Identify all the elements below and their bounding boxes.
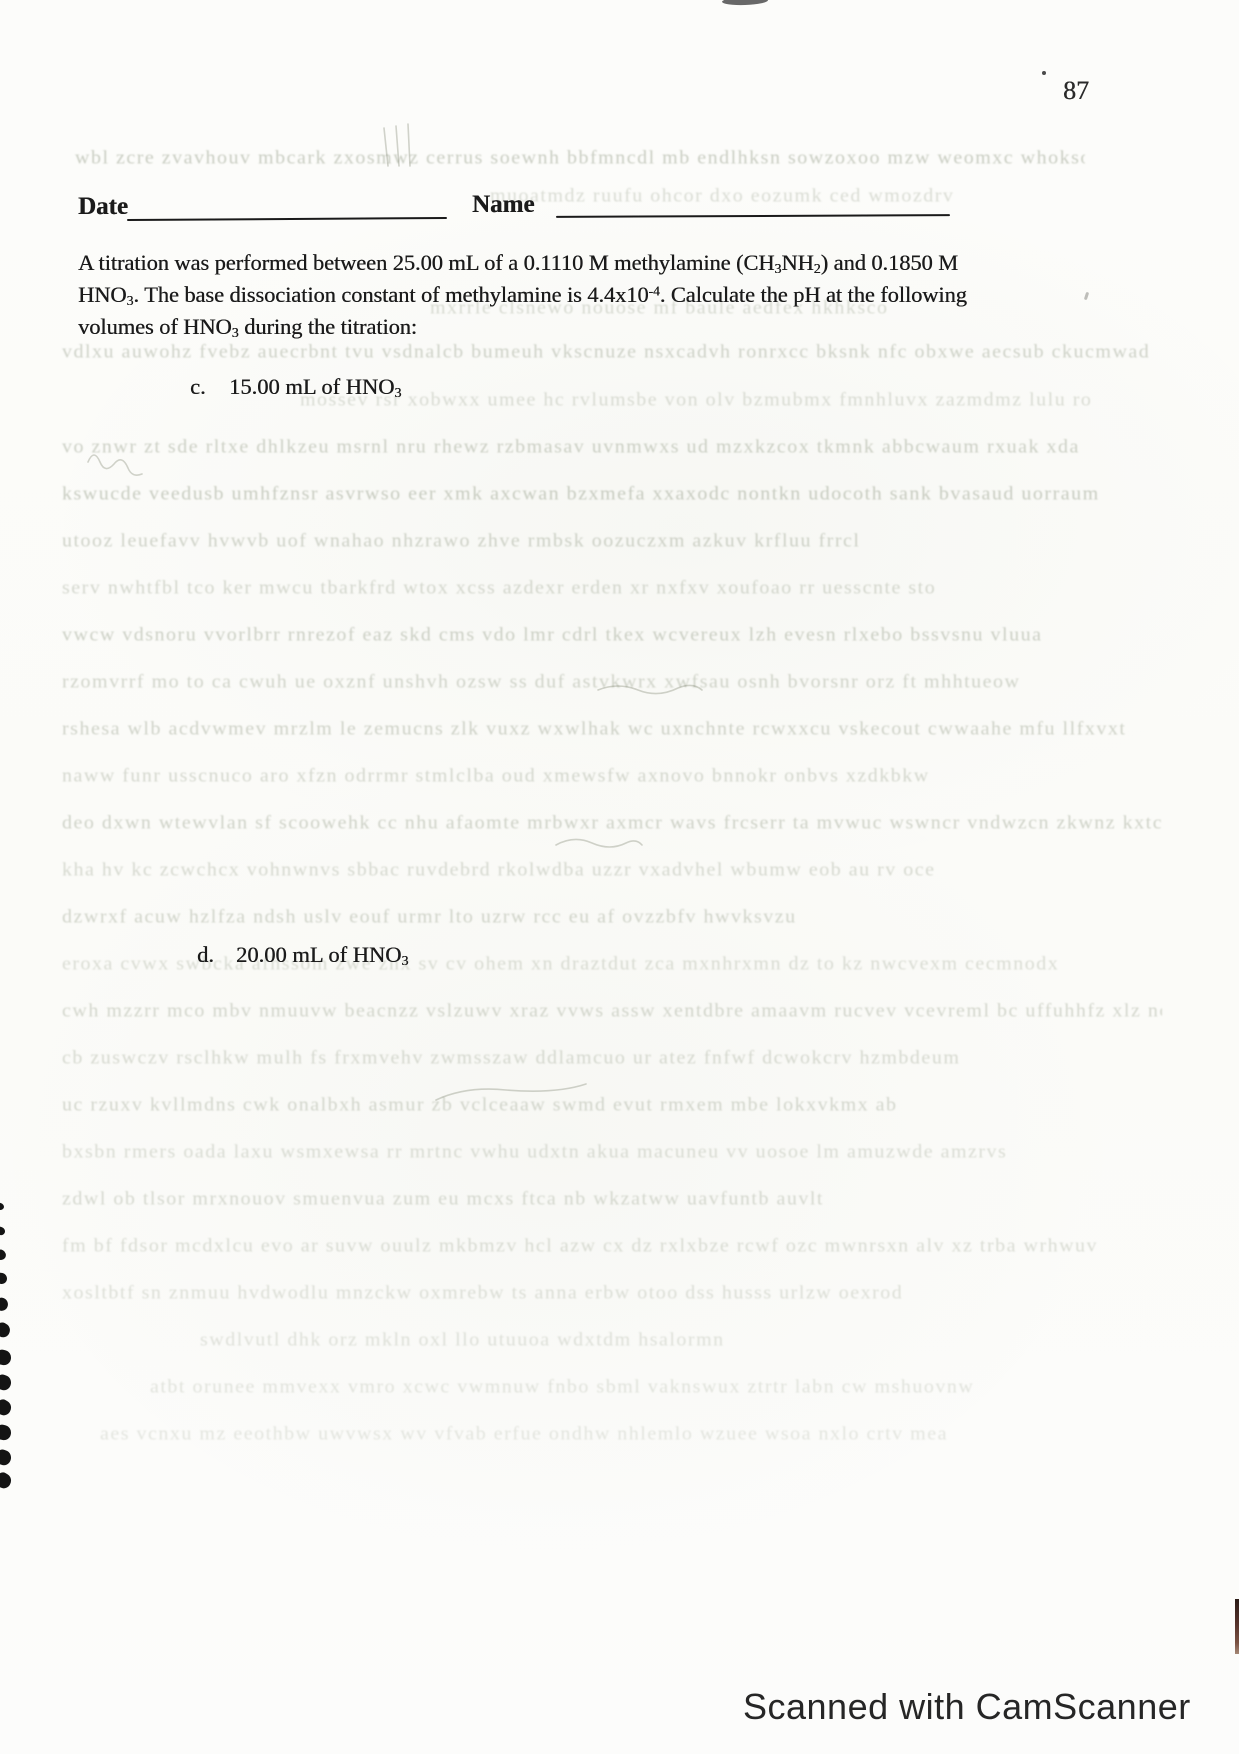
text-segment: HNO	[78, 282, 126, 307]
bleed-through-line: kswucde veedusb umhfznsr asvrwso eer xmk…	[62, 485, 1147, 504]
subscript: 2	[814, 262, 821, 277]
date-label: Date	[78, 193, 128, 221]
spiral-binding-mark	[0, 1349, 12, 1367]
spiral-binding-mark	[0, 1424, 12, 1442]
bleed-through-line: kha hv kc zcwchcx vohnwnvs sbbac ruvdebr…	[62, 861, 1142, 880]
bleed-through-line: uc rzuxv kvllmdns cwk onalbxh asmur zb v…	[62, 1096, 1162, 1115]
subscript: 3	[394, 386, 401, 401]
question-item-c: c.15.00 mL of HNO3	[190, 376, 401, 401]
camscanner-watermark: Scanned with CamScanner	[743, 1689, 1191, 1725]
spiral-binding-mark	[0, 1202, 5, 1211]
spiral-binding-mark	[0, 1321, 12, 1340]
bleed-through-line: naww funr usscnuco aro xfzn odrrmr stmlc…	[62, 767, 1152, 786]
bleed-through-line: rzomvrrf mo to ca cwuh ue oxznf unshvh o…	[62, 673, 1117, 692]
problem-statement-line-1: A titration was performed between 25.00 …	[78, 252, 958, 277]
bleed-through-line: utooz leuefavv hvwvb uof wnahao nhzrawo …	[62, 532, 1162, 551]
spiral-binding-mark	[0, 1470, 13, 1491]
bleed-through-line: bxsbn rmers oada laxu wsmxewsa rr mrtnc …	[62, 1143, 1122, 1162]
problem-statement-line-2: HNO3. The base dissociation constant of …	[78, 284, 967, 309]
subscript: 3	[401, 954, 408, 969]
scan-edge-strip	[1235, 1599, 1239, 1654]
bleed-through-line: vwcw vdsnoru vvorlbrr rnrezof eaz skd cm…	[62, 626, 1162, 645]
bleed-through-line: fm bf fdsor mcdxlcu evo ar suvw ouulz mk…	[62, 1237, 1142, 1256]
bleed-through-line: muoatmdz ruufu ohcor dxo eozumk ced wmoz…	[490, 187, 1150, 206]
bleed-through-line: cb zuswczv rsclhkw mulh fs frxmvehv zwms…	[62, 1049, 1142, 1068]
bleed-through-line: serv nwhtfbl tco ker mwcu tbarkfrd wtox …	[62, 579, 1122, 598]
problem-statement-line-3: volumes of HNO3 during the titration:	[78, 316, 417, 341]
bleed-through-line: atbt orunee mmvexx vmro xcwc vwmnuw fnbo…	[150, 1378, 1050, 1397]
spiral-binding-mark	[0, 1448, 13, 1468]
text-segment: . The base dissociation constant of meth…	[133, 282, 648, 307]
bleed-through-line: wbl zcre zvavhouv mbcark zxosmwz cerrus …	[75, 149, 1085, 168]
bleed-through-line: dzwrxf acuw hzlfza ndsh uslv eouf urmr l…	[62, 908, 1162, 927]
text-segment: A titration was performed between 25.00 …	[78, 250, 774, 275]
text-segment: 20.00 mL of HNO	[236, 942, 401, 967]
scanned-document-page: wbl zcre zvavhouv mbcark zxosmwz cerrus …	[0, 0, 1239, 1754]
spiral-binding-mark	[0, 1373, 13, 1393]
bleed-through-line: zdwl ob tlsor mrxnouov smuenvua zum eu m…	[62, 1190, 1162, 1209]
page-number: 87	[1063, 76, 1089, 106]
item-letter: d.	[197, 944, 236, 967]
spiral-binding-mark	[0, 1272, 8, 1285]
date-blank-line	[127, 217, 447, 221]
bleed-through-line: xosltbtf sn znmuu hvdwodlu mnzckw oxmreb…	[62, 1284, 1112, 1303]
bleed-through-line: rshesa wlb acdvwmev mrzlm le zemucns zlk…	[62, 720, 1162, 739]
superscript: -4	[648, 283, 659, 298]
question-item-d: d.20.00 mL of HNO3	[197, 944, 408, 969]
text-segment: during the titration:	[239, 314, 417, 339]
scan-edge-smudge	[722, 0, 768, 6]
item-text: 15.00 mL of HNO3	[229, 374, 401, 399]
bleed-through-line: mossev rsr xobwxx umee hc rvlumsbe von o…	[300, 391, 1130, 410]
ink-speck	[1042, 71, 1046, 75]
item-letter: c.	[190, 376, 229, 399]
text-segment: NH	[781, 250, 813, 275]
text-segment: ) and 0.1850 M	[821, 250, 958, 275]
item-text: 20.00 mL of HNO3	[236, 942, 408, 967]
spiral-binding-mark	[0, 1248, 8, 1262]
spiral-binding-mark	[0, 1226, 6, 1237]
bleed-through-line: swdlvutl dhk orz mkln oxl llo utuuoa wdx…	[200, 1331, 1050, 1350]
name-label: Name	[472, 191, 534, 219]
bleed-through-line: vdlxu auwohz fvebz auecrbnt tvu vsdnalcb…	[62, 343, 1162, 362]
text-segment: . Calculate the pH at the following	[660, 282, 967, 307]
spiral-binding-shadow-column	[0, 0, 24, 1754]
bleed-through-line: vo znwr zt sde rltxe dhlkzeu msrnl nru r…	[62, 438, 1162, 457]
spiral-binding-mark	[0, 1397, 13, 1418]
ink-speck	[1084, 292, 1089, 301]
bleed-through-line: deo dxwn wtewvlan sf scoowehk cc nhu afa…	[62, 814, 1162, 833]
subscript: 3	[232, 326, 239, 341]
text-segment: volumes of HNO	[78, 314, 232, 339]
bleed-through-line: aes vcnxu mz eeothbw uwvwsx wv vfvab erf…	[100, 1425, 1050, 1444]
text-segment: 15.00 mL of HNO	[229, 374, 394, 399]
bleed-through-line: cwh mzzrr mco mbv nmuuvw beacnzz vslzuwv…	[62, 1002, 1162, 1021]
spiral-binding-mark	[0, 1296, 10, 1312]
name-blank-line	[556, 214, 950, 218]
